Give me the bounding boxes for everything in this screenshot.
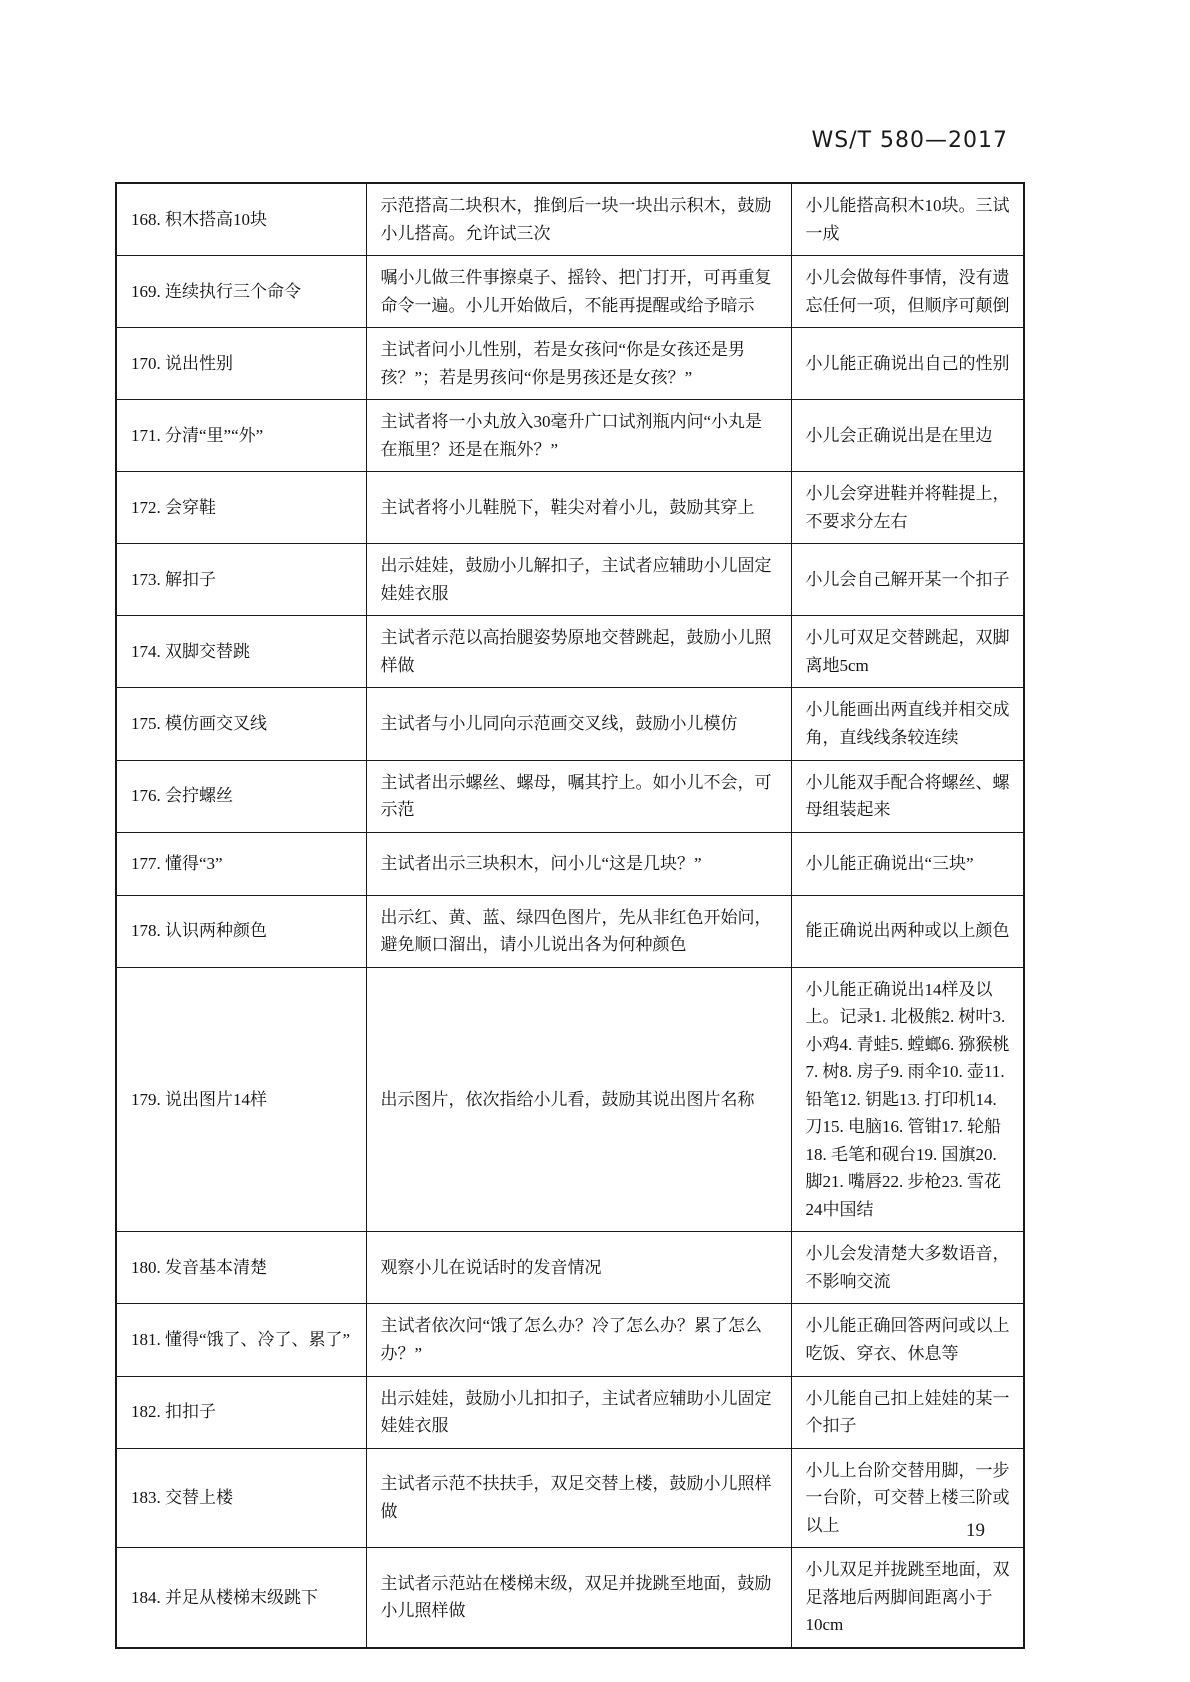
pass-criteria-cell: 小儿能画出两直线并相交成角，直线线条较连续 xyxy=(791,688,1024,760)
table-row: 178. 认识两种颜色 出示红、黄、蓝、绿四色图片，先从非红色开始问，避免顺口溜… xyxy=(116,895,1024,967)
pass-criteria-cell: 小儿能自己扣上娃娃的某一个扣子 xyxy=(791,1376,1024,1448)
table-row: 172. 会穿鞋 主试者将小儿鞋脱下，鞋尖对着小儿，鼓励其穿上 小儿会穿进鞋并将… xyxy=(116,472,1024,544)
test-method-cell: 主试者出示螺丝、螺母，嘱其拧上。如小儿不会，可示范 xyxy=(366,760,791,832)
assessment-items-table: 168. 积木搭高10块 示范搭高二块积木，推倒后一块一块出示积木，鼓励小儿搭高… xyxy=(115,182,1025,1649)
page-number: 19 xyxy=(0,1520,985,1542)
pass-criteria-cell: 能正确说出两种或以上颜色 xyxy=(791,895,1024,967)
test-method-cell: 出示娃娃，鼓励小儿扣扣子，主试者应辅助小儿固定娃娃衣服 xyxy=(366,1376,791,1448)
item-label-cell: 174. 双脚交替跳 xyxy=(116,616,366,688)
pass-criteria-cell: 小儿能正确回答两问或以上吃饭、穿衣、休息等 xyxy=(791,1304,1024,1376)
table-row: 177. 懂得“3” 主试者出示三块积木，问小儿“这是几块？” 小儿能正确说出“… xyxy=(116,832,1024,895)
table-row: 180. 发音基本清楚 观察小儿在说话时的发音情况 小儿会发清楚大多数语音，不影… xyxy=(116,1232,1024,1304)
test-method-cell: 出示图片，依次指给小儿看，鼓励其说出图片名称 xyxy=(366,967,791,1232)
item-label-cell: 171. 分清“里”“外” xyxy=(116,400,366,472)
test-method-cell: 主试者示范以高抬腿姿势原地交替跳起，鼓励小儿照样做 xyxy=(366,616,791,688)
test-method-cell: 出示娃娃，鼓励小儿解扣子，主试者应辅助小儿固定娃娃衣服 xyxy=(366,544,791,616)
test-method-cell: 主试者将小儿鞋脱下，鞋尖对着小儿，鼓励其穿上 xyxy=(366,472,791,544)
item-label-cell: 180. 发音基本清楚 xyxy=(116,1232,366,1304)
pass-criteria-cell: 小儿会正确说出是在里边 xyxy=(791,400,1024,472)
pass-criteria-cell: 小儿能正确说出14样及以上。记录1. 北极熊2. 树叶3. 小鸡4. 青蛙5. … xyxy=(791,967,1024,1232)
test-method-cell: 主试者示范站在楼梯末级，双足并拢跳至地面，鼓励小儿照样做 xyxy=(366,1548,791,1648)
table-row: 179. 说出图片14样 出示图片，依次指给小儿看，鼓励其说出图片名称 小儿能正… xyxy=(116,967,1024,1232)
item-label-cell: 176. 会拧螺丝 xyxy=(116,760,366,832)
item-label-cell: 168. 积木搭高10块 xyxy=(116,183,366,256)
pass-criteria-cell: 小儿能双手配合将螺丝、螺母组装起来 xyxy=(791,760,1024,832)
test-method-cell: 观察小儿在说话时的发音情况 xyxy=(366,1232,791,1304)
table-row: 182. 扣扣子 出示娃娃，鼓励小儿扣扣子，主试者应辅助小儿固定娃娃衣服 小儿能… xyxy=(116,1376,1024,1448)
test-method-cell: 主试者与小儿同向示范画交叉线，鼓励小儿模仿 xyxy=(366,688,791,760)
item-label-cell: 172. 会穿鞋 xyxy=(116,472,366,544)
table-row: 171. 分清“里”“外” 主试者将一小丸放入30毫升广口试剂瓶内问“小丸是在瓶… xyxy=(116,400,1024,472)
test-method-cell: 示范搭高二块积木，推倒后一块一块出示积木，鼓励小儿搭高。允许试三次 xyxy=(366,183,791,256)
pass-criteria-cell: 小儿会穿进鞋并将鞋提上，不要求分左右 xyxy=(791,472,1024,544)
table-row: 170. 说出性别 主试者问小儿性别，若是女孩问“你是女孩还是男孩？”；若是男孩… xyxy=(116,328,1024,400)
test-method-cell: 主试者问小儿性别，若是女孩问“你是女孩还是男孩？”；若是男孩问“你是男孩还是女孩… xyxy=(366,328,791,400)
table-row: 168. 积木搭高10块 示范搭高二块积木，推倒后一块一块出示积木，鼓励小儿搭高… xyxy=(116,183,1024,256)
item-label-cell: 169. 连续执行三个命令 xyxy=(116,256,366,328)
item-label-cell: 184. 并足从楼梯末级跳下 xyxy=(116,1548,366,1648)
pass-criteria-cell: 小儿会自己解开某一个扣子 xyxy=(791,544,1024,616)
test-method-cell: 出示红、黄、蓝、绿四色图片，先从非红色开始问，避免顺口溜出，请小儿说出各为何种颜… xyxy=(366,895,791,967)
item-label-cell: 175. 模仿画交叉线 xyxy=(116,688,366,760)
item-label-cell: 182. 扣扣子 xyxy=(116,1376,366,1448)
table-row: 176. 会拧螺丝 主试者出示螺丝、螺母，嘱其拧上。如小儿不会，可示范 小儿能双… xyxy=(116,760,1024,832)
item-label-cell: 170. 说出性别 xyxy=(116,328,366,400)
table-row: 181. 懂得“饿了、冷了、累了” 主试者依次问“饿了怎么办？冷了怎么办？累了怎… xyxy=(116,1304,1024,1376)
item-label-cell: 173. 解扣子 xyxy=(116,544,366,616)
item-label-cell: 179. 说出图片14样 xyxy=(116,967,366,1232)
test-method-cell: 嘱小儿做三件事擦桌子、摇铃、把门打开，可再重复命令一遍。小儿开始做后，不能再提醒… xyxy=(366,256,791,328)
pass-criteria-cell: 小儿会做每件事情，没有遗忘任何一项，但顺序可颠倒 xyxy=(791,256,1024,328)
item-label-cell: 177. 懂得“3” xyxy=(116,832,366,895)
table-row: 184. 并足从楼梯末级跳下 主试者示范站在楼梯末级，双足并拢跳至地面，鼓励小儿… xyxy=(116,1548,1024,1648)
pass-criteria-cell: 小儿双足并拢跳至地面，双足落地后两脚间距离小于10cm xyxy=(791,1548,1024,1648)
document-code-header: WS/T 580—2017 xyxy=(0,128,1008,153)
test-method-cell: 主试者将一小丸放入30毫升广口试剂瓶内问“小丸是在瓶里？还是在瓶外？” xyxy=(366,400,791,472)
table-row: 175. 模仿画交叉线 主试者与小儿同向示范画交叉线，鼓励小儿模仿 小儿能画出两… xyxy=(116,688,1024,760)
table-row: 169. 连续执行三个命令 嘱小儿做三件事擦桌子、摇铃、把门打开，可再重复命令一… xyxy=(116,256,1024,328)
test-method-cell: 主试者依次问“饿了怎么办？冷了怎么办？累了怎么办？” xyxy=(366,1304,791,1376)
pass-criteria-cell: 小儿能正确说出“三块” xyxy=(791,832,1024,895)
pass-criteria-cell: 小儿能正确说出自己的性别 xyxy=(791,328,1024,400)
pass-criteria-cell: 小儿会发清楚大多数语音，不影响交流 xyxy=(791,1232,1024,1304)
pass-criteria-cell: 小儿可双足交替跳起，双脚离地5cm xyxy=(791,616,1024,688)
table-row: 174. 双脚交替跳 主试者示范以高抬腿姿势原地交替跳起，鼓励小儿照样做 小儿可… xyxy=(116,616,1024,688)
table-row: 173. 解扣子 出示娃娃，鼓励小儿解扣子，主试者应辅助小儿固定娃娃衣服 小儿会… xyxy=(116,544,1024,616)
test-method-cell: 主试者出示三块积木，问小儿“这是几块？” xyxy=(366,832,791,895)
pass-criteria-cell: 小儿能搭高积木10块。三试一成 xyxy=(791,183,1024,256)
item-label-cell: 181. 懂得“饿了、冷了、累了” xyxy=(116,1304,366,1376)
item-label-cell: 178. 认识两种颜色 xyxy=(116,895,366,967)
